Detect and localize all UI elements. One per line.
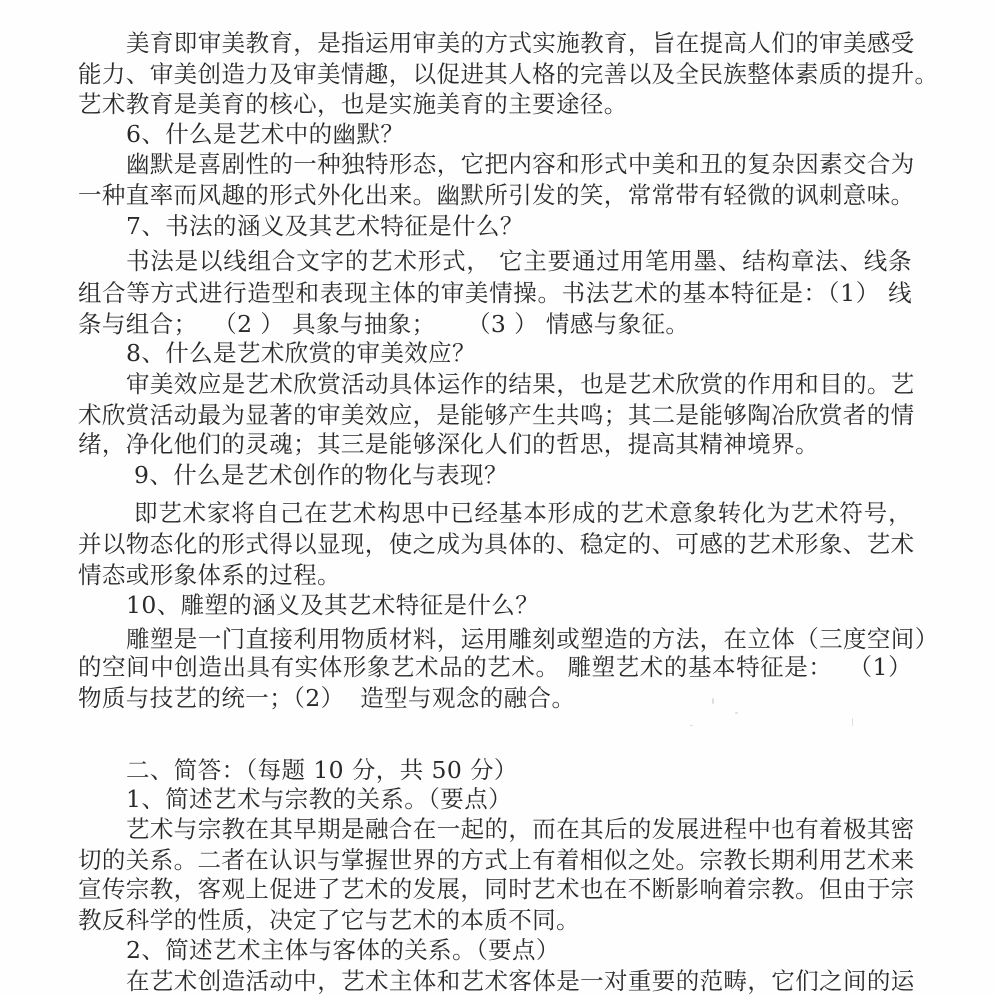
scan-speck (852, 718, 853, 726)
short-answer-2-line-1: 在艺术创造活动中，艺术主体和艺术客体是一对重要的范畴，它们之间的运 (126, 966, 912, 996)
answer-9-line-2: 并以物态化的形式得以显现，使之成为具体的、稳定的、可感的艺术形象、艺术 (78, 529, 912, 559)
paragraph-line-aesthetic-education-3: 艺术教育是美育的核心，也是实施美育的主要途径。 (78, 89, 912, 119)
answer-10-line-3: 物质与技艺的统一；（2） 造型与观念的融合。 (78, 683, 912, 713)
scan-speck (735, 712, 738, 714)
short-answer-1-line-2: 切的关系。二者在认识与掌握世界的方式上有着相似之处。宗教长期利用艺术来 (78, 845, 912, 875)
answer-8-line-2: 术欣赏活动最为显著的审美效应，是能够产生共鸣；其二是能够陶冶欣赏者的情 (78, 400, 912, 430)
short-answer-1-line-3: 宣传宗教，客观上促进了艺术的发展，同时艺术也在不断影响着宗教。但由于宗 (78, 874, 912, 904)
scanned-document-page: 美育即审美教育，是指运用审美的方式实施教育，旨在提高人们的审美感受 能力、审美创… (0, 0, 996, 996)
answer-7-line-2: 组合等方式进行造型和表现主体的审美情操。书法艺术的基本特征是：（1） 线 (78, 278, 912, 308)
paragraph-line-aesthetic-education-1: 美育即审美教育，是指运用审美的方式实施教育，旨在提高人们的审美感受 (126, 28, 912, 58)
question-6-heading: 6、什么是艺术中的幽默？ (126, 119, 912, 149)
answer-9-line-3: 情态或形象体系的过程。 (78, 560, 912, 590)
section-2-heading: 二、简答：（每题 10 分，共 50 分） (126, 755, 912, 785)
answer-10-line-1: 雕塑是一门直接利用物质材料，运用雕刻或塑造的方法，在立体（三度空间） (126, 624, 912, 654)
question-8-heading: 8、什么是艺术欣赏的审美效应？ (126, 338, 912, 368)
answer-10-line-2: 的空间中创造出具有实体形象艺术品的艺术。 雕塑艺术的基本特征是： （1） (78, 652, 912, 682)
short-answer-1-line-4: 教反科学的性质，决定了它与艺术的本质不同。 (78, 905, 912, 935)
short-answer-1-heading: 1、简述艺术与宗教的关系。（要点） (126, 784, 912, 814)
scan-speck (690, 725, 693, 726)
answer-6-line-2: 一种直率而风趣的形式外化出来。幽默所引发的笑，常常带有轻微的讽刺意味。 (78, 180, 912, 210)
question-7-heading: 7、书法的涵义及其艺术特征是什么？ (126, 211, 912, 241)
short-answer-1-line-1: 艺术与宗教在其早期是融合在一起的，而在其后的发展进程中也有着极其密 (126, 814, 912, 844)
answer-6-line-1: 幽默是喜剧性的一种独特形态，它把内容和形式中美和丑的复杂因素交合为 (126, 149, 912, 179)
scan-speck (712, 698, 714, 704)
short-answer-2-heading: 2、简述艺术主体与客体的关系。（要点） (126, 935, 912, 965)
answer-9-line-1: 即艺术家将自己在艺术构思中已经基本形成的艺术意象转化为艺术符号， (134, 498, 912, 528)
paragraph-line-aesthetic-education-2: 能力、审美创造力及审美情趣，以促进其人格的完善以及全民族整体素质的提升。 (78, 59, 912, 89)
answer-8-line-1: 审美效应是艺术欣赏活动具体运作的结果，也是艺术欣赏的作用和目的。艺 (126, 369, 912, 399)
question-9-heading: 9、什么是艺术创作的物化与表现？ (134, 460, 912, 490)
answer-7-line-3: 条与组合； （2 ） 具象与抽象； （3 ） 情感与象征。 (78, 309, 912, 339)
answer-7-line-1: 书法是以线组合文字的艺术形式， 它主要通过用笔用墨、结构章法、线条 (126, 246, 912, 276)
answer-8-line-3: 绪，净化他们的灵魂；其三是能够深化人们的哲思，提高其精神境界。 (78, 429, 912, 459)
question-10-heading: 10、雕塑的涵义及其艺术特征是什么？ (126, 590, 912, 620)
